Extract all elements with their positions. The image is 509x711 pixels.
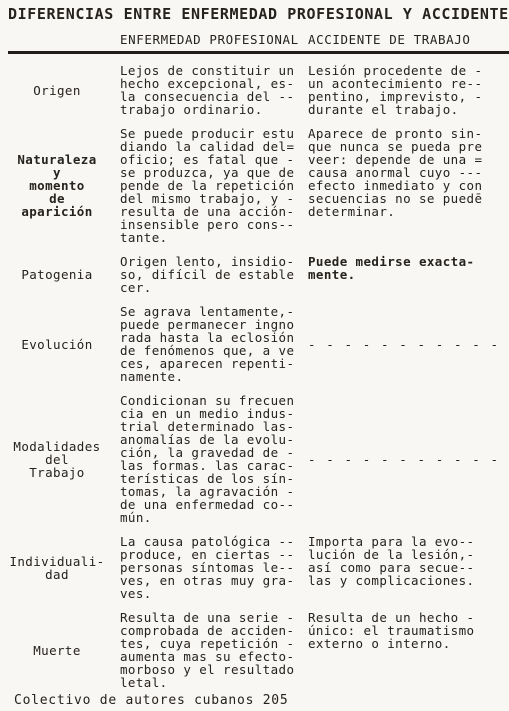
- row-label: Origen: [8, 84, 120, 97]
- row-label: Evolución: [8, 338, 120, 351]
- cell-accidente: Importa para la evo-- lución de la lesió…: [308, 535, 509, 600]
- row-label: Patogenia: [8, 268, 120, 281]
- column-header-accidente: ACCIDENTE DE TRABAJO: [308, 32, 509, 47]
- row-label: Naturaleza y momento de aparición: [8, 153, 120, 218]
- cell-accidente: Aparece de pronto sin- que nunca se pued…: [308, 127, 509, 244]
- table-row-origen: Origen Lejos de constituir un hecho exce…: [0, 64, 509, 116]
- cell-enfermedad: Resulta de una serie - comprobada de acc…: [120, 611, 308, 689]
- document-page: DIFERENCIAS ENTRE ENFERMEDAD PROFESIONAL…: [0, 0, 509, 711]
- header-rule: [8, 51, 509, 55]
- header-spacer: [8, 32, 120, 47]
- cell-enfermedad: Se agrava lentamente,- puede permanecer …: [120, 305, 308, 383]
- row-label: Modalidades del Trabajo: [8, 440, 120, 479]
- cell-enfermedad: La causa patológica -- produce, en ciert…: [120, 535, 308, 600]
- row-label: Muerte: [8, 644, 120, 657]
- table-row-naturaleza: Naturaleza y momento de aparición Se pue…: [0, 127, 509, 244]
- cell-accidente-dashes: - - - - - - - - - - -: [308, 453, 509, 466]
- source-citation: Colectivo de autores cubanos 205: [14, 693, 509, 708]
- cell-accidente: Resulta de un hecho - único: el traumati…: [308, 611, 509, 689]
- comparison-table: Origen Lejos de constituir un hecho exce…: [0, 64, 509, 689]
- table-row-individualidad: Individuali- dad La causa patológica -- …: [0, 535, 509, 600]
- cell-enfermedad: Se puede producir estu diando la calidad…: [120, 127, 308, 244]
- cell-enfermedad: Origen lento, insidio- so, difícil de es…: [120, 255, 308, 294]
- page-title: DIFERENCIAS ENTRE ENFERMEDAD PROFESIONAL…: [8, 5, 509, 23]
- table-header-row: ENFERMEDAD PROFESIONAL ACCIDENTE DE TRAB…: [0, 32, 509, 47]
- cell-enfermedad: Lejos de constituir un hecho excepcional…: [120, 64, 308, 116]
- cell-accidente: Lesión procedente de - un acontecimiento…: [308, 64, 509, 116]
- table-row-muerte: Muerte Resulta de una serie - comprobada…: [0, 611, 509, 689]
- cell-accidente-dashes: - - - - - - - - - - -: [308, 338, 509, 351]
- cell-enfermedad: Condicionan su frecuen cia en un medio i…: [120, 394, 308, 524]
- table-row-modalidades: Modalidades del Trabajo Condicionan su f…: [0, 394, 509, 524]
- row-label: Individuali- dad: [8, 555, 120, 581]
- table-row-evolucion: Evolución Se agrava lentamente,- puede p…: [0, 305, 509, 383]
- table-row-patogenia: Patogenia Origen lento, insidio- so, dif…: [0, 255, 509, 294]
- cell-accidente: Puede medirse exacta- mente.: [308, 255, 509, 294]
- column-header-enfermedad: ENFERMEDAD PROFESIONAL: [120, 32, 308, 47]
